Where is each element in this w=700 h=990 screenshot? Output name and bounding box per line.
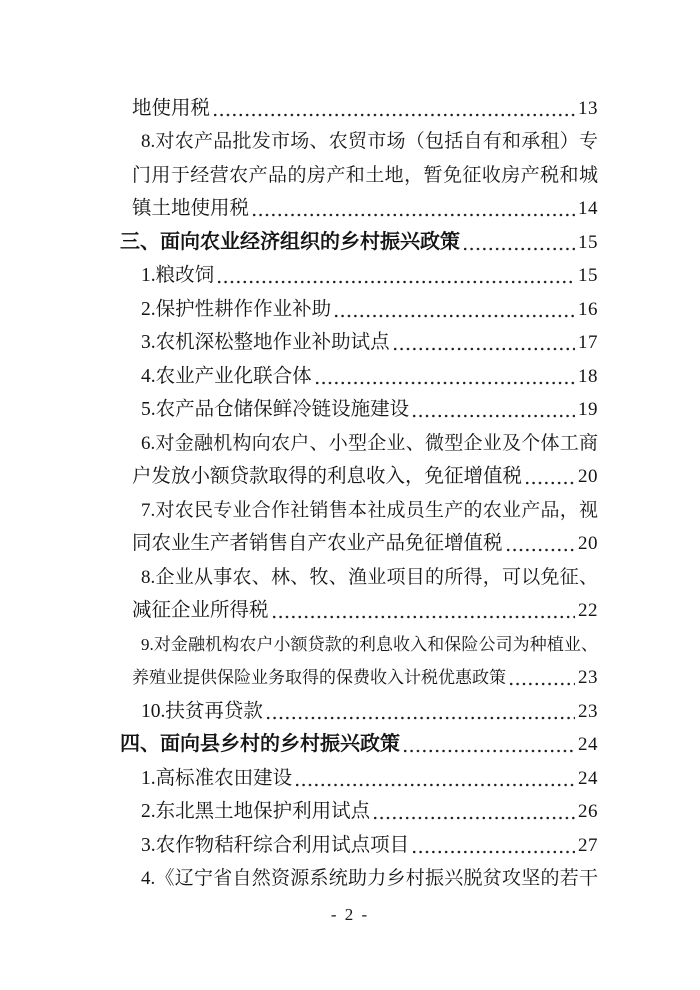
toc-line: 10.扶贫再贷款23	[120, 693, 598, 727]
toc-line: 6.对金融机构向农户、小型企业、微型企业及个体工商	[120, 425, 598, 459]
dot-leader	[251, 191, 575, 225]
toc-line: 同农业生产者销售自产农业产品免征增值税20	[120, 526, 598, 560]
toc-line: 门用于经营农产品的房产和土地，暂免征收房产税和城	[120, 157, 598, 191]
toc-entry-text: 门用于经营农产品的房产和土地，暂免征收房产税和城	[132, 160, 598, 191]
dot-leader	[294, 760, 575, 794]
toc-page-number: 20	[578, 461, 598, 492]
dot-leader	[333, 291, 575, 325]
toc-entry-text: 7.对农民专业合作社销售本社成员生产的农业产品，视	[141, 495, 598, 526]
toc-entry-text: 1.高标准农田建设	[141, 763, 292, 794]
toc-section-heading: 三、面向农业经济组织的乡村振兴政策15	[120, 224, 598, 258]
toc-entry-text: 2.保护性耕作作业补助	[141, 294, 331, 325]
toc-page-number: 20	[578, 528, 598, 559]
toc-line: 8.企业从事农、林、牧、渔业项目的所得，可以免征、	[120, 559, 598, 593]
toc-entry-text: 三、面向农业经济组织的乡村振兴政策	[120, 227, 460, 258]
toc-page-number: 16	[578, 294, 598, 325]
toc-entry-text: 9.对金融机构农户小额贷款的利息收入和保险公司为种植业、	[141, 629, 598, 660]
toc-entry-text: 4.农业产业化联合体	[141, 361, 312, 392]
toc-page-number: 17	[578, 327, 598, 358]
toc-line: 5.农产品仓储保鲜冷链设施建设19	[120, 392, 598, 426]
toc-page-number: 15	[578, 260, 598, 291]
dot-leader	[402, 727, 575, 761]
toc-page-number: 24	[578, 729, 598, 760]
page-number: - 2 -	[331, 905, 369, 924]
toc-line: 3.农作物秸秆综合利用试点项目27	[120, 827, 598, 861]
toc-page-number: 14	[578, 193, 598, 224]
toc-page-number: 13	[578, 93, 598, 124]
toc-entry-text: 3.农机深松整地作业补助试点	[141, 327, 390, 358]
page-footer: - 2 -	[0, 905, 700, 925]
dot-leader	[216, 258, 575, 292]
document-page: 地使用税138.对农产品批发市场、农贸市场（包括自有和承租）专门用于经营农产品的…	[0, 0, 700, 990]
toc-entry-text: 1.粮改饲	[141, 260, 214, 291]
toc-line: 7.对农民专业合作社销售本社成员生产的农业产品，视	[120, 492, 598, 526]
toc-entry-text: 同农业生产者销售自产农业产品免征增值税	[132, 528, 503, 559]
toc-line: 镇土地使用税14	[120, 191, 598, 225]
dot-leader	[314, 358, 575, 392]
toc-page-number: 15	[578, 227, 598, 258]
toc-entry-text: 2.东北黑土地保护利用试点	[141, 796, 370, 827]
dot-leader	[271, 593, 575, 627]
toc-line: 1.粮改饲15	[120, 258, 598, 292]
toc-line: 8.对农产品批发市场、农贸市场（包括自有和承租）专	[120, 124, 598, 158]
dot-leader	[265, 693, 575, 727]
toc-line: 9.对金融机构农户小额贷款的利息收入和保险公司为种植业、	[120, 626, 598, 660]
toc-section-heading: 四、面向县乡村的乡村振兴政策24	[120, 727, 598, 761]
toc-line: 地使用税13	[120, 90, 598, 124]
toc-entry-text: 6.对金融机构向农户、小型企业、微型企业及个体工商	[141, 428, 598, 459]
toc-entry-text: 地使用税	[132, 93, 210, 124]
toc-page-number: 23	[578, 696, 598, 727]
dot-leader	[505, 526, 575, 560]
toc-entry-text: 四、面向县乡村的乡村振兴政策	[120, 729, 400, 760]
toc-line: 4.《辽宁省自然资源系统助力乡村振兴脱贫攻坚的若干	[120, 861, 598, 895]
toc-page-number: 24	[578, 763, 598, 794]
toc-line: 2.东北黑土地保护利用试点26	[120, 794, 598, 828]
dot-leader	[524, 459, 575, 493]
toc-line: 减征企业所得税22	[120, 593, 598, 627]
toc-line: 1.高标准农田建设24	[120, 760, 598, 794]
dot-leader	[372, 794, 575, 828]
dot-leader	[508, 660, 575, 694]
toc-entry-text: 镇土地使用税	[132, 193, 249, 224]
toc-entry-text: 8.企业从事农、林、牧、渔业项目的所得，可以免征、	[141, 562, 598, 593]
toc-page-number: 23	[578, 662, 598, 693]
dot-leader	[462, 224, 575, 258]
toc-entry-text: 养殖业提供保险业务取得的保费收入计税优惠政策	[132, 662, 506, 693]
toc-line: 养殖业提供保险业务取得的保费收入计税优惠政策23	[120, 660, 598, 694]
toc-line: 2.保护性耕作作业补助16	[120, 291, 598, 325]
dot-leader	[411, 827, 575, 861]
table-of-contents: 地使用税138.对农产品批发市场、农贸市场（包括自有和承租）专门用于经营农产品的…	[120, 90, 598, 894]
dot-leader	[392, 325, 575, 359]
toc-page-number: 19	[578, 394, 598, 425]
toc-entry-text: 5.农产品仓储保鲜冷链设施建设	[141, 394, 409, 425]
toc-line: 4.农业产业化联合体18	[120, 358, 598, 392]
toc-page-number: 27	[578, 830, 598, 861]
dot-leader	[411, 392, 575, 426]
toc-page-number: 22	[578, 595, 598, 626]
toc-page-number: 18	[578, 361, 598, 392]
toc-entry-text: 10.扶贫再贷款	[141, 696, 263, 727]
toc-entry-text: 户发放小额贷款取得的利息收入，免征增值税	[132, 461, 522, 492]
toc-line: 户发放小额贷款取得的利息收入，免征增值税20	[120, 459, 598, 493]
toc-entry-text: 4.《辽宁省自然资源系统助力乡村振兴脱贫攻坚的若干	[141, 863, 598, 894]
toc-line: 3.农机深松整地作业补助试点17	[120, 325, 598, 359]
toc-entry-text: 8.对农产品批发市场、农贸市场（包括自有和承租）专	[141, 126, 598, 157]
toc-entry-text: 减征企业所得税	[132, 595, 269, 626]
toc-entry-text: 3.农作物秸秆综合利用试点项目	[141, 830, 409, 861]
toc-page-number: 26	[578, 796, 598, 827]
dot-leader	[212, 90, 575, 124]
